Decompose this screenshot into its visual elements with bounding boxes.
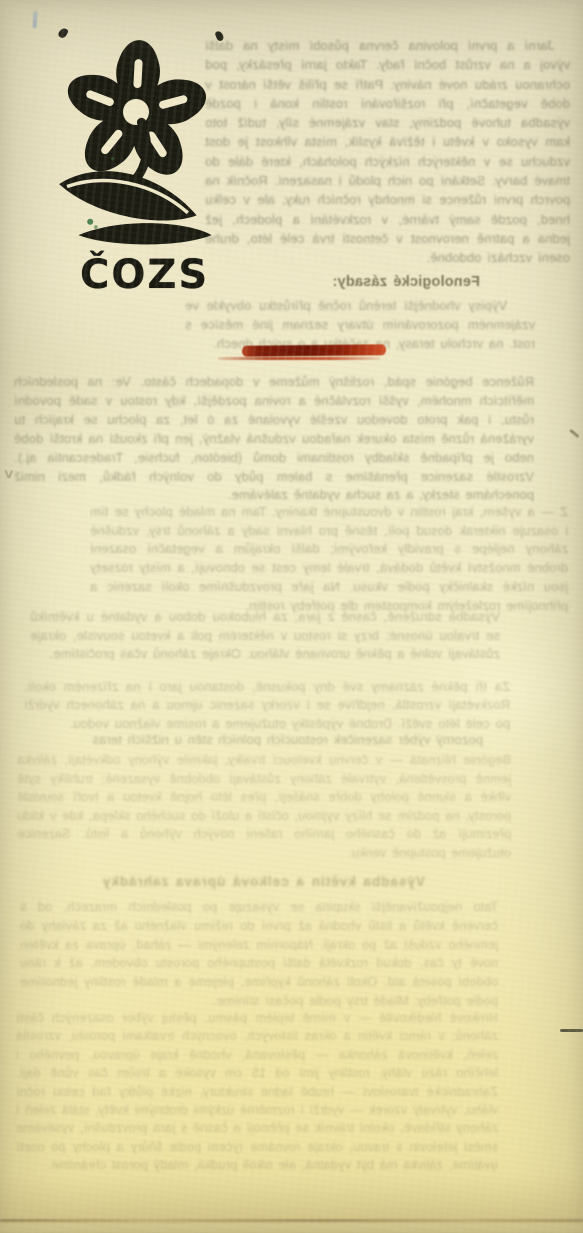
bleed-paragraph-9: Tato nejpoužívanější skupina se vysazuje…: [20, 898, 498, 1011]
green-speck: [94, 225, 98, 229]
page-edge-crease-line: [0, 1219, 583, 1222]
scanned-page: Jarní a první polovina června působí mís…: [0, 0, 583, 1233]
bleed-paragraph-4: Z — a vyšem, kraj rostlin v dvoustupné t…: [90, 503, 568, 615]
bleed-heading-phenology: Fenologické zásady:: [330, 274, 480, 290]
bleed-paragraph-3: Růžence begónie spád, rozlišný můžeme v …: [14, 373, 534, 505]
bleed-paragraph-10: Hrnkové hledíkovité — v mírně teplém pás…: [16, 1009, 498, 1175]
green-speck: [87, 219, 93, 225]
bleed-paragraph-8: Begónie hlíznatá — v červnu kvetoucí trv…: [17, 751, 511, 863]
right-edge-pen-mark: [569, 429, 579, 438]
right-edge-dash-mark: [560, 1029, 583, 1032]
bleed-paragraph-5: Výsadba sdruženě, časně z jara, za hlubo…: [30, 608, 500, 664]
bleed-paragraph-1: Jarní a první polovina června působí mís…: [205, 36, 570, 268]
logo-text: ČOZS: [80, 252, 209, 298]
leaf-upper: [57, 169, 198, 223]
red-ink-redaction-underline: [218, 357, 380, 360]
flower-petals: [57, 36, 215, 187]
page-edge-lip: [0, 1224, 583, 1233]
cozs-flower-logo: [55, 36, 221, 248]
bleed-paragraph-6: Za tři pěkné záznamy své dny pokusně, do…: [24, 678, 510, 733]
red-ink-redaction-mark: [242, 344, 386, 357]
leaf-lower: [78, 219, 212, 248]
bleed-heading-planting: Výsadba květin a celková úprava zahrádky: [105, 874, 425, 890]
margin-check-mark: ∨: [3, 466, 15, 482]
left-margin-red-dash: [0, 611, 15, 617]
bleed-line-short: pozorný výběr sazeniček rostoucích polní…: [33, 732, 483, 747]
blue-pen-mark: [33, 11, 38, 28]
